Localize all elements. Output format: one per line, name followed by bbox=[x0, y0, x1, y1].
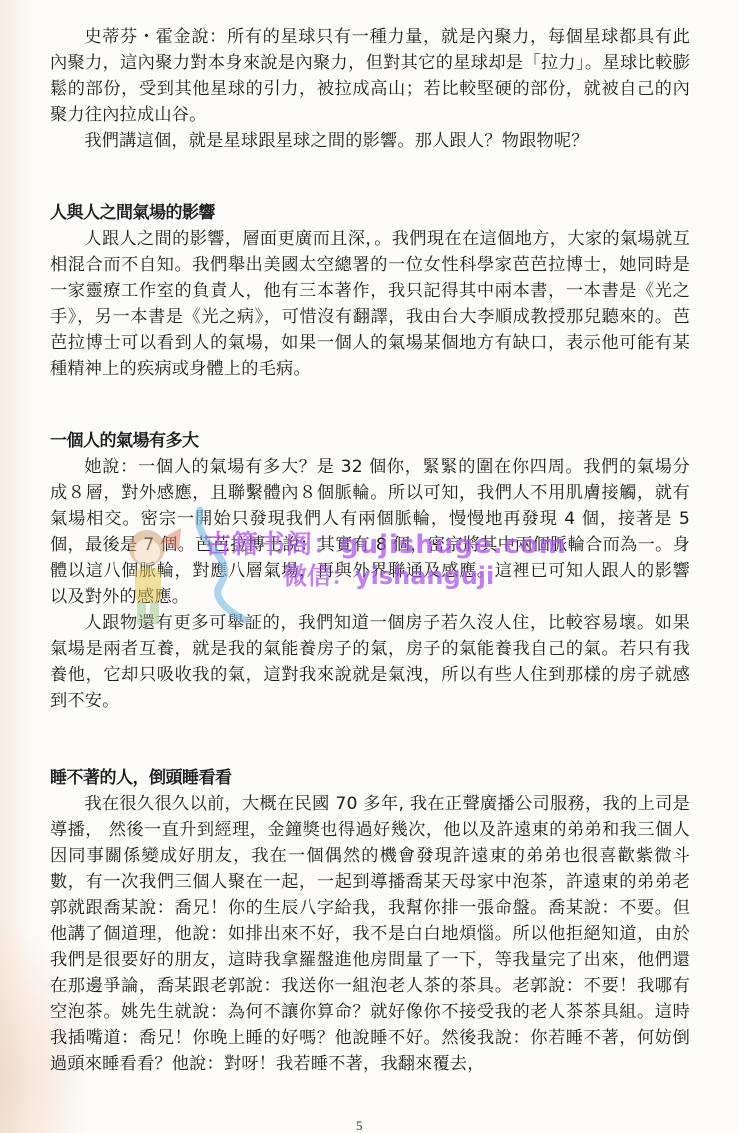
section-paragraph: 人跟人之間的影響，層面更廣而且深，。我們現在在這個地方，大家的氣場就互相混合而不… bbox=[50, 226, 690, 382]
section-interpersonal-aura: 人與人之間氣場的影響 人跟人之間的影響，層面更廣而且深，。我們現在在這個地方，大… bbox=[50, 200, 690, 382]
section-heading: 人與人之間氣場的影響 bbox=[50, 200, 690, 226]
section-paragraph: 我在很久很久以前，大概在民國 70 多年, 我在正聲廣播公司服務，我的上司是導播… bbox=[50, 791, 690, 1077]
intro-block: 史蒂芬・霍金說：所有的星球只有一種力量，就是內聚力，每個星球都具有此內聚力，這內… bbox=[50, 24, 690, 154]
section-aura-size: 一個人的氣場有多大 她說：一個人的氣場有多大？是 32 個你，緊緊的圍在你四周。… bbox=[50, 428, 690, 714]
page-number: 5 bbox=[356, 1118, 363, 1133]
section-paragraph: 人跟物還有更多可舉証的，我們知道一個房子若久沒人住，比較容易壞。如果氣場是兩者互… bbox=[50, 610, 690, 714]
section-heading: 睡不著的人，倒頭睡看看 bbox=[50, 765, 690, 791]
section-sleep-upside-down: 睡不著的人，倒頭睡看看 我在很久很久以前，大概在民國 70 多年, 我在正聲廣播… bbox=[50, 765, 690, 1077]
section-heading: 一個人的氣場有多大 bbox=[50, 428, 690, 454]
intro-paragraph-1: 史蒂芬・霍金說：所有的星球只有一種力量，就是內聚力，每個星球都具有此內聚力，這內… bbox=[50, 24, 690, 128]
intro-paragraph-2: 我們講這個，就是星球跟星球之間的影響。那人跟人？物跟物呢？ bbox=[50, 128, 690, 154]
section-paragraph: 她說：一個人的氣場有多大？是 32 個你，緊緊的圍在你四周。我們的氣場分成８層，… bbox=[50, 454, 690, 610]
